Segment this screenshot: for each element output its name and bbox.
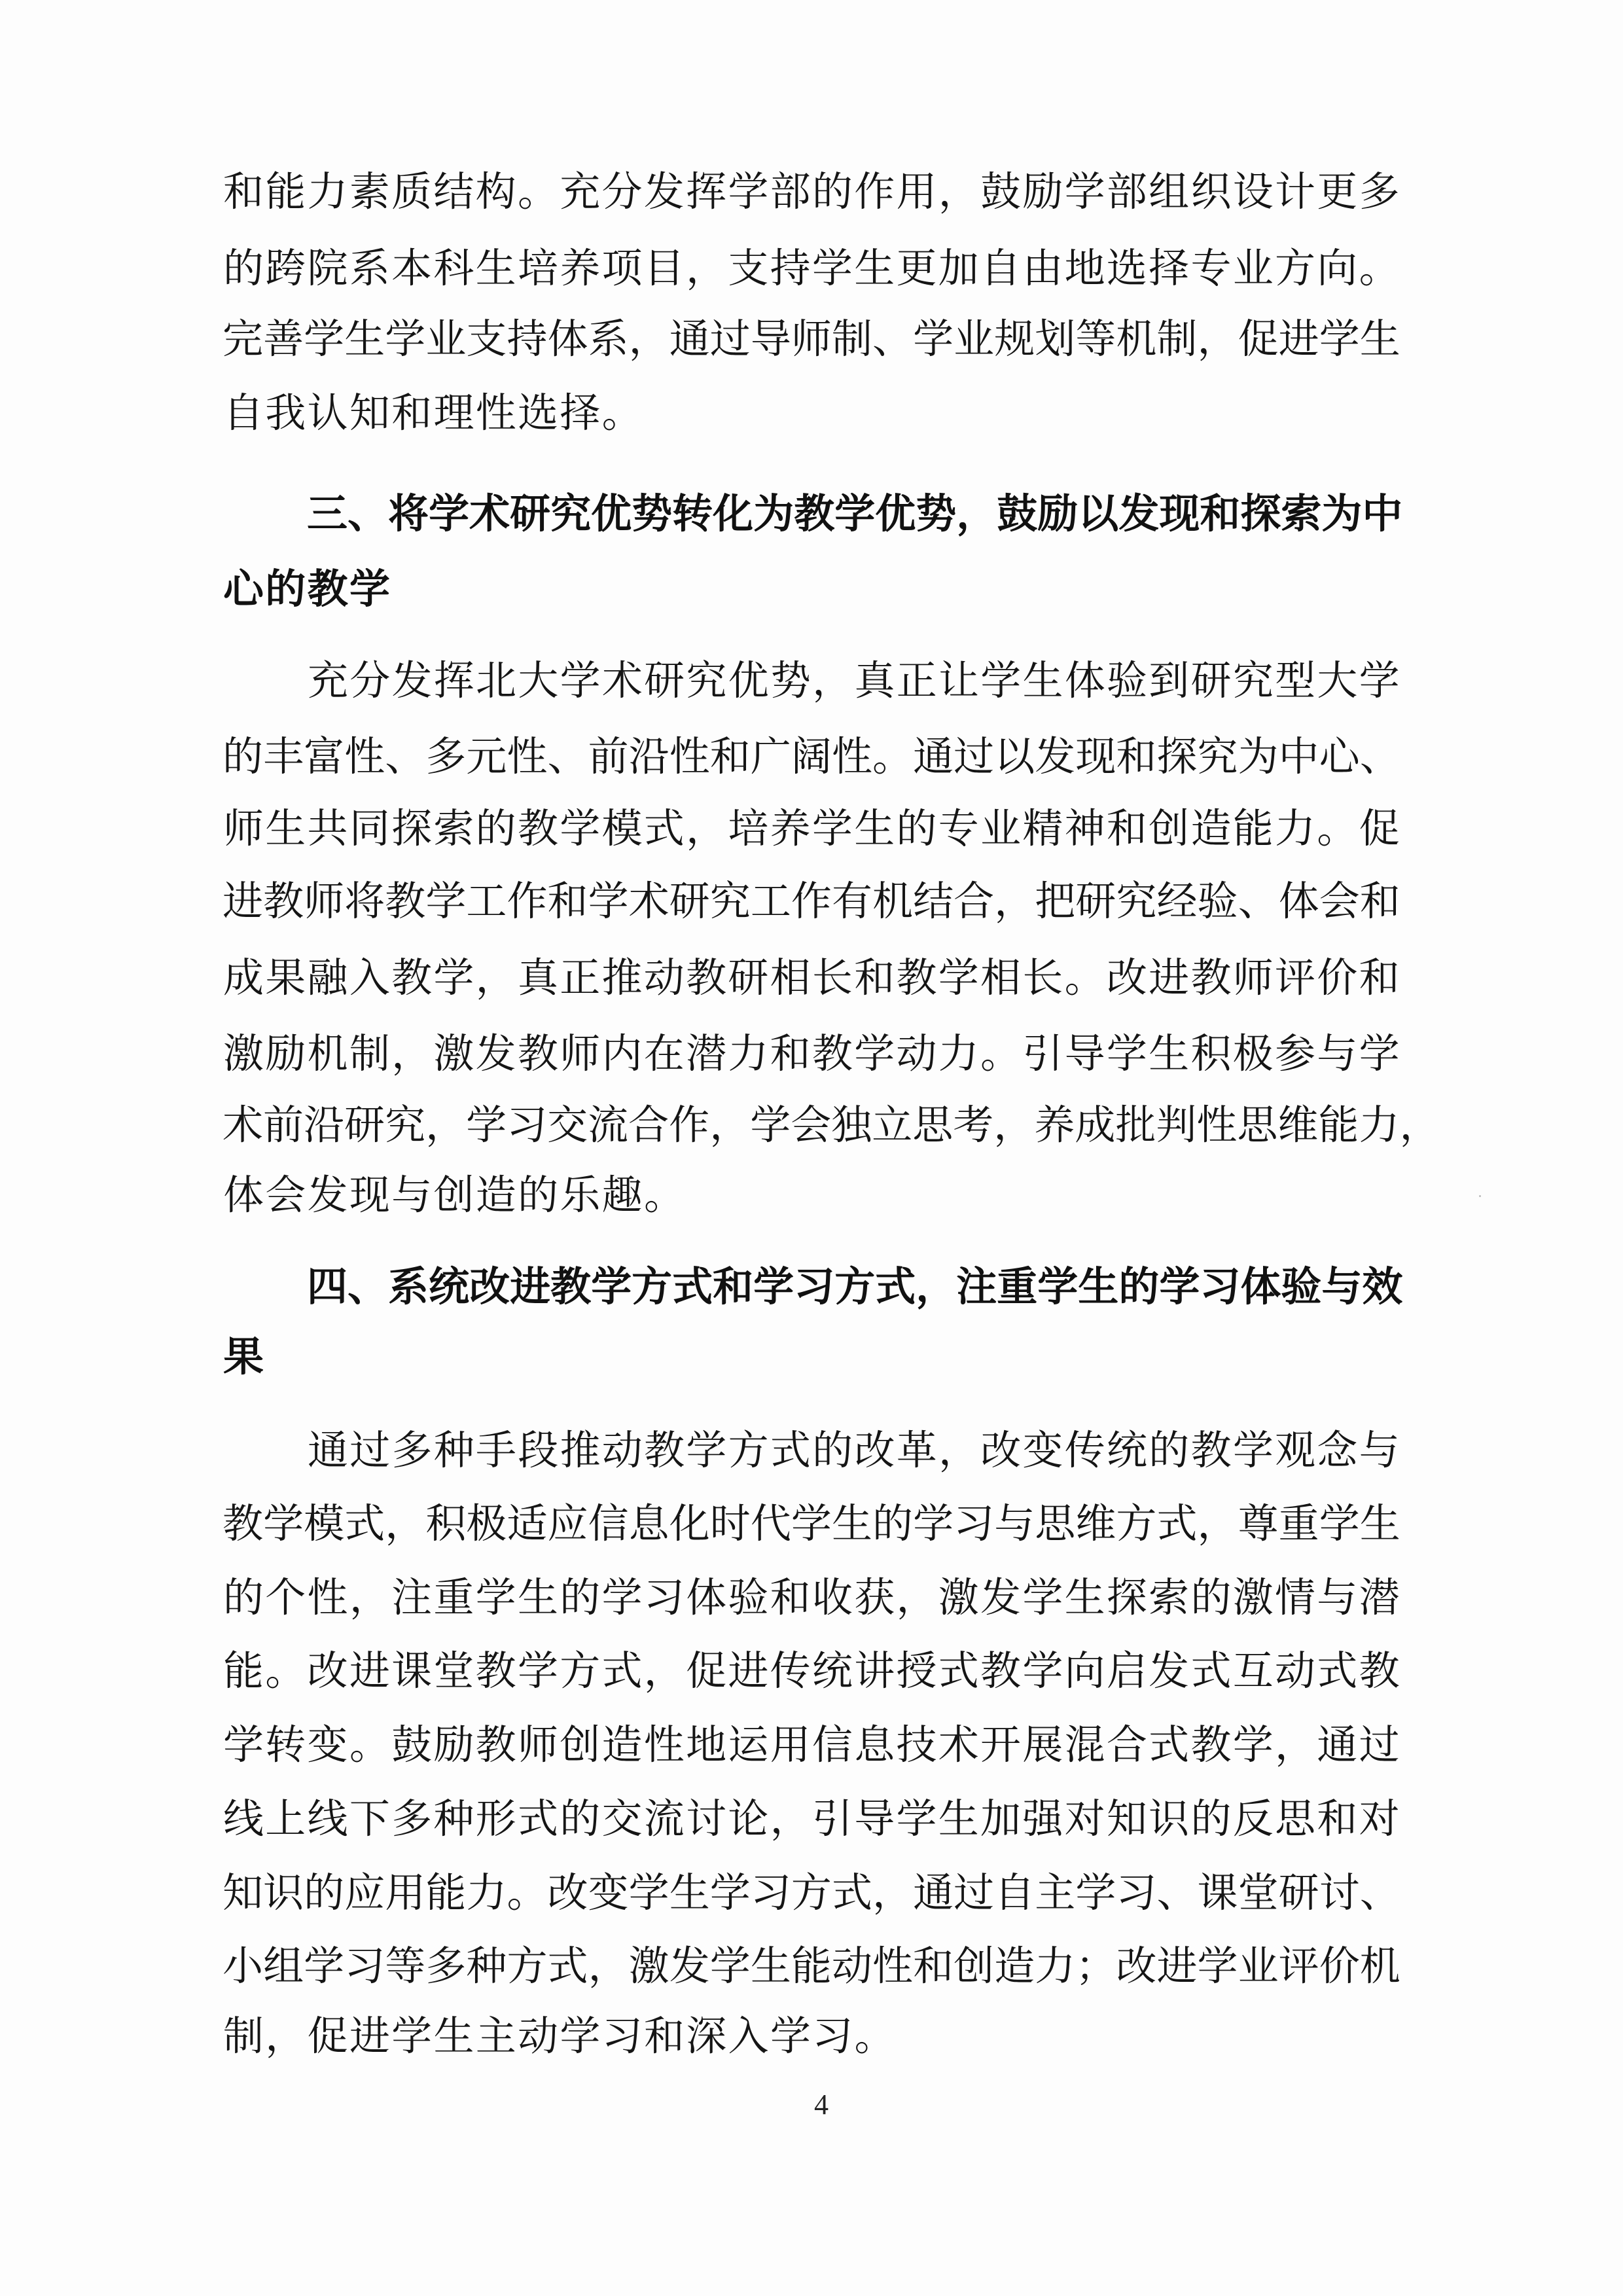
paragraph-line: 能。改进课堂教学方式，促进传统讲授式教学向启发式互动式教 xyxy=(223,1645,1400,1697)
paragraph-line: 知识的应用能力。改变学生学习方式，通过自主学习、课堂研讨、 xyxy=(223,1867,1400,1919)
paragraph-line: 充分发挥北大学术研究优势，真正让学生体验到研究型大学 xyxy=(307,655,1400,707)
paragraph-line: 的丰富性、多元性、前沿性和广阔性。通过以发现和探究为中心、 xyxy=(223,730,1400,783)
paragraph-line: 教学模式，积极适应信息化时代学生的学习与思维方式，尊重学生 xyxy=(223,1498,1400,1550)
paragraph-line: 通过多种手段推动教学方式的改革，改变传统的教学观念与 xyxy=(307,1424,1400,1477)
paragraph-line: 进教师将教学工作和学术研究工作有机结合，把研究经验、体会和 xyxy=(223,875,1400,927)
section-heading-line: 果 xyxy=(223,1331,1400,1383)
paragraph-line: 成果融入教学，真正推动教研相长和教学相长。改进教师评价和 xyxy=(223,952,1400,1004)
document-page: 和能力素质结构。充分发挥学部的作用，鼓励学部组织设计更多的跨院系本科生培养项目，… xyxy=(0,0,1623,2296)
paragraph-line: 完善学生学业支持体系，通过导师制、学业规划等机制，促进学生 xyxy=(223,313,1400,365)
page-number: 4 xyxy=(798,2088,844,2121)
paragraph-line: 自我认知和理性选择。 xyxy=(223,387,1400,439)
paragraph-line: 激励机制，激发教师内在潜力和教学动力。引导学生积极参与学 xyxy=(223,1028,1400,1080)
paragraph-line: 体会发现与创造的乐趣。 xyxy=(223,1169,1400,1221)
section-heading-line: 三、将学术研究优势转化为教学优势，鼓励以发现和探索为中 xyxy=(307,488,1400,540)
paragraph-line: 的跨院系本科生培养项目，支持学生更加自由地选择专业方向。 xyxy=(223,242,1400,295)
paragraph-line: 和能力素质结构。充分发挥学部的作用，鼓励学部组织设计更多 xyxy=(223,166,1400,218)
paragraph-line: 制，促进学生主动学习和深入学习。 xyxy=(223,2010,1400,2062)
paragraph-line: 小组学习等多种方式，激发学生能动性和创造力；改进学业评价机 xyxy=(223,1940,1400,1992)
paragraph-line: 师生共同探索的教学模式，培养学生的专业精神和创造能力。促 xyxy=(223,802,1400,855)
paragraph-line: 线上线下多种形式的交流讨论，引导学生加强对知识的反思和对 xyxy=(223,1793,1400,1845)
paragraph-line: 学转变。鼓励教师创造性地运用信息技术开展混合式教学，通过 xyxy=(223,1719,1400,1771)
section-heading-line: 四、系统改进教学方式和学习方式，注重学生的学习体验与效 xyxy=(307,1261,1400,1313)
scan-speck xyxy=(1479,1195,1481,1197)
paragraph-line: 术前沿研究，学习交流合作，学会独立思考，养成批判性思维能力， xyxy=(223,1099,1400,1151)
paragraph-line: 的个性，注重学生的学习体验和收获，激发学生探索的激情与潜 xyxy=(223,1571,1400,1624)
section-heading-line: 心的教学 xyxy=(223,563,1400,615)
